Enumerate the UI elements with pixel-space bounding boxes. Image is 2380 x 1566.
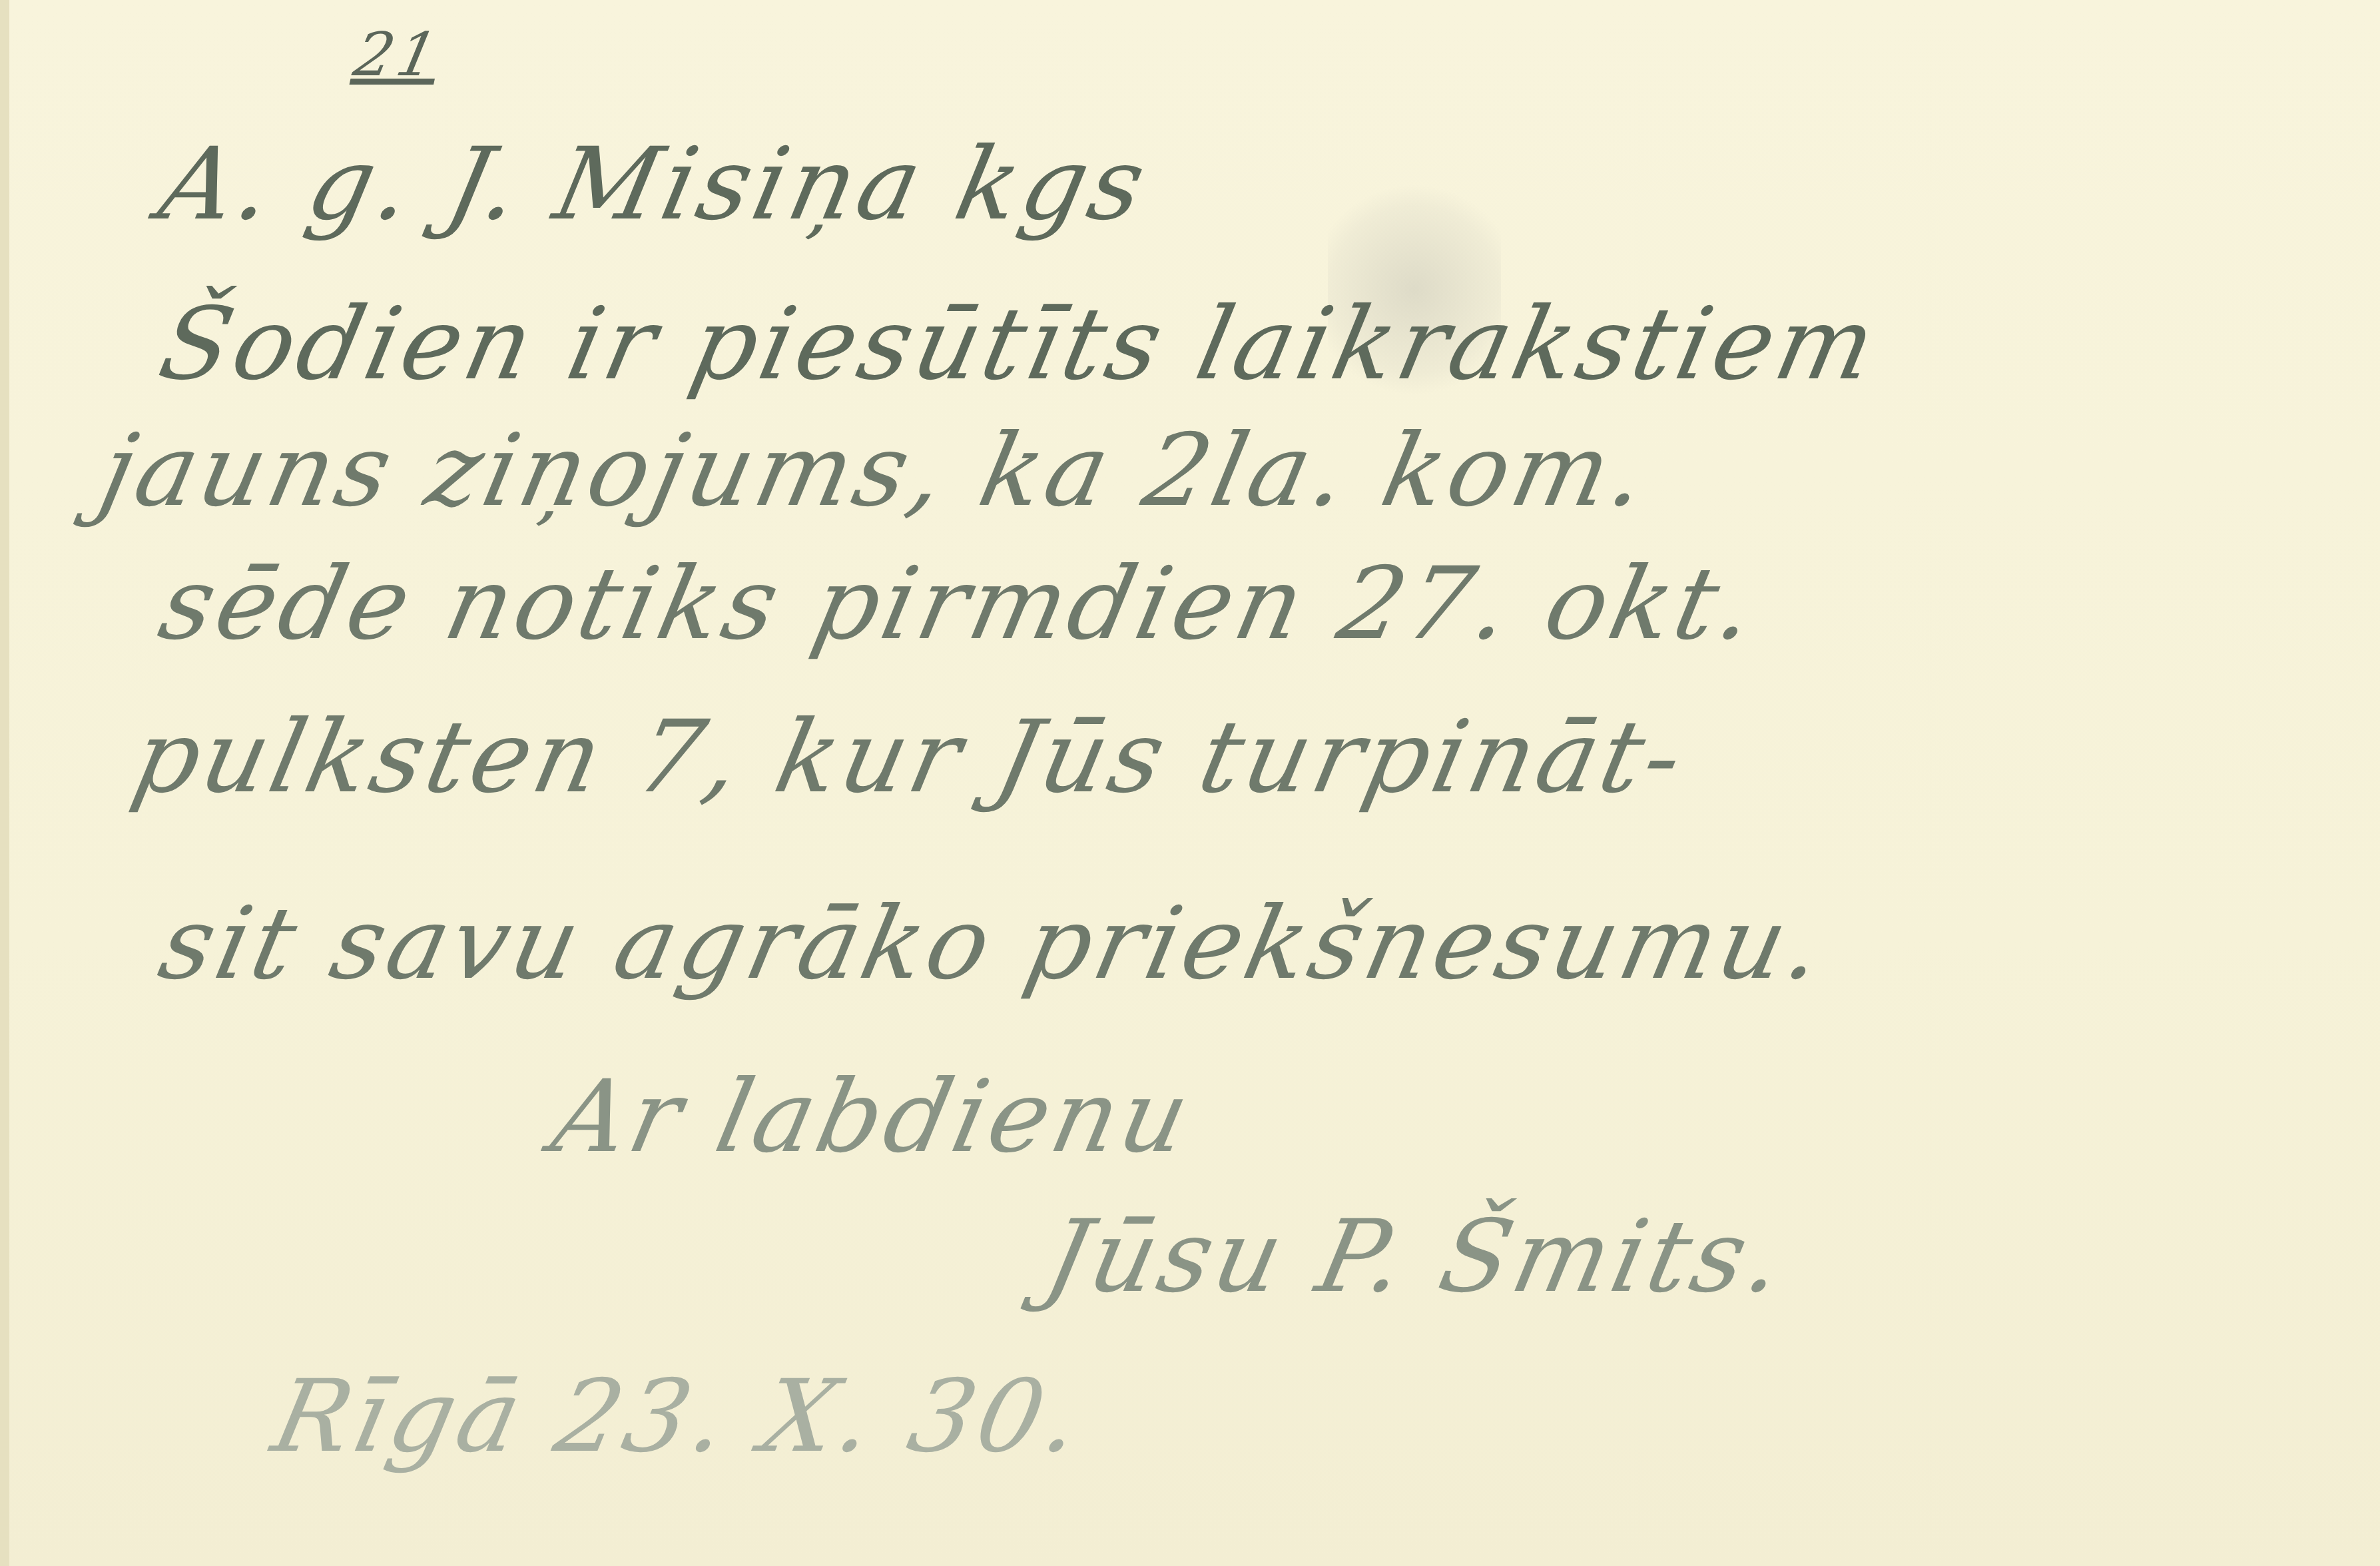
closing: Ar labdienu: [543, 1059, 1203, 1175]
place-date: Rīgā 23. X. 30.: [264, 1359, 1095, 1475]
body-line: sēde notiks pirmdien 27. okt.: [150, 546, 1769, 662]
body-line: pulksten 7, kur Jūs turpināt-: [124, 699, 1696, 815]
page-number: 21: [348, 20, 447, 90]
body-line: Šodien ir piesūtīts laikrakstiem: [150, 286, 1889, 402]
salutation: A. g. J. Misiņa kgs: [150, 127, 1159, 242]
body-line: jauns ziņojums, ka 2la. kom.: [91, 413, 1661, 529]
signature: Jūsu P. Šmits.: [1036, 1199, 1797, 1315]
postcard: 21 A. g. J. Misiņa kgs Šodien ir piesūtī…: [0, 0, 2380, 1566]
body-line: sit savu agrāko priekšnesumu.: [150, 886, 1837, 1002]
